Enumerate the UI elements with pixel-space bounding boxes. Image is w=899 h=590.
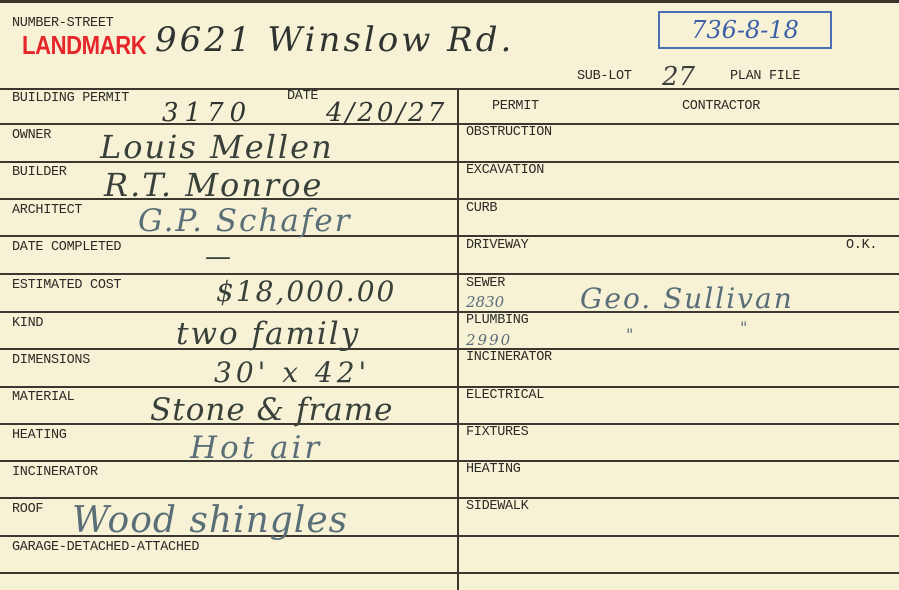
driveway-label: DRIVEWAY xyxy=(466,238,528,253)
rule xyxy=(0,123,899,125)
sewer-label: SEWER xyxy=(466,276,505,291)
heating-permit-label: HEATING xyxy=(466,462,521,477)
plumbing-ditto-2: " xyxy=(740,318,747,337)
excavation-label: EXCAVATION xyxy=(466,163,544,178)
dimensions-value: 30' x 42' xyxy=(214,356,370,389)
contractor-header: CONTRACTOR xyxy=(682,99,760,114)
kind-value: two family xyxy=(176,316,360,352)
material-value: Stone & frame xyxy=(150,392,394,428)
incinerator-permit-label: INCINERATOR xyxy=(466,350,552,365)
rule xyxy=(0,497,899,499)
architect-label: ARCHITECT xyxy=(12,203,82,218)
rule xyxy=(0,88,899,90)
sidewalk-label: SIDEWALK xyxy=(466,499,528,514)
electrical-label: ELECTRICAL xyxy=(466,388,544,403)
rule xyxy=(0,572,899,574)
sub-lot-label: SUB-LOT xyxy=(577,69,632,84)
rule xyxy=(0,348,899,350)
material-label: MATERIAL xyxy=(12,390,74,405)
rule xyxy=(0,423,899,425)
roof-value: Wood shingles xyxy=(72,500,348,541)
sewer-contractor: Geo. Sullivan xyxy=(580,282,794,315)
estimated-cost-label: ESTIMATED COST xyxy=(12,278,121,293)
building-permit-value: 3170 xyxy=(162,98,252,128)
kind-label: KIND xyxy=(12,316,43,331)
plumbing-label: PLUMBING xyxy=(466,313,528,328)
heating-value: Hot air xyxy=(190,430,322,466)
sewer-number: 2830 xyxy=(466,293,504,311)
rule xyxy=(0,460,899,462)
date-completed-label: DATE COMPLETED xyxy=(12,240,121,255)
building-permit-label: BUILDING PERMIT xyxy=(12,91,129,106)
address-value: 9621 Winslow Rd. xyxy=(155,20,514,60)
number-street-label: NUMBER-STREET xyxy=(12,16,113,31)
builder-label: BUILDER xyxy=(12,165,67,180)
architect-value: G.P. Schafer xyxy=(138,203,351,239)
owner-value: Louis Mellen xyxy=(100,128,334,166)
incinerator-label: INCINERATOR xyxy=(12,465,98,480)
date-label: DATE xyxy=(287,89,318,104)
permit-header: PERMIT xyxy=(492,99,539,114)
rule xyxy=(0,235,899,237)
landmark-stamp: LANDMARK xyxy=(22,30,146,61)
dimensions-label: DIMENSIONS xyxy=(12,353,90,368)
driveway-status: O.K. xyxy=(846,238,877,253)
plumbing-number: 2990 xyxy=(466,331,512,349)
roof-label: ROOF xyxy=(12,502,43,517)
column-divider xyxy=(457,88,459,590)
rule xyxy=(0,386,899,388)
rule xyxy=(0,273,899,275)
file-number-box: 736-8-18 xyxy=(658,11,832,49)
heating-label: HEATING xyxy=(12,428,67,443)
obstruction-label: OBSTRUCTION xyxy=(466,125,552,140)
date-completed-value: — xyxy=(205,242,231,272)
estimated-cost-value: $18,000.00 xyxy=(216,275,396,308)
date-value: 4/20/27 xyxy=(326,98,447,128)
plumbing-ditto-1: " xyxy=(626,325,633,344)
card-top-edge xyxy=(0,0,899,3)
curb-label: CURB xyxy=(466,201,497,216)
owner-label: OWNER xyxy=(12,128,51,143)
builder-value: R.T. Monroe xyxy=(104,166,323,204)
plan-file-label: PLAN FILE xyxy=(730,69,800,84)
permit-card: NUMBER-STREET LANDMARK 9621 Winslow Rd. … xyxy=(0,0,899,590)
garage-label: GARAGE-DETACHED-ATTACHED xyxy=(12,540,199,555)
fixtures-label: FIXTURES xyxy=(466,425,528,440)
